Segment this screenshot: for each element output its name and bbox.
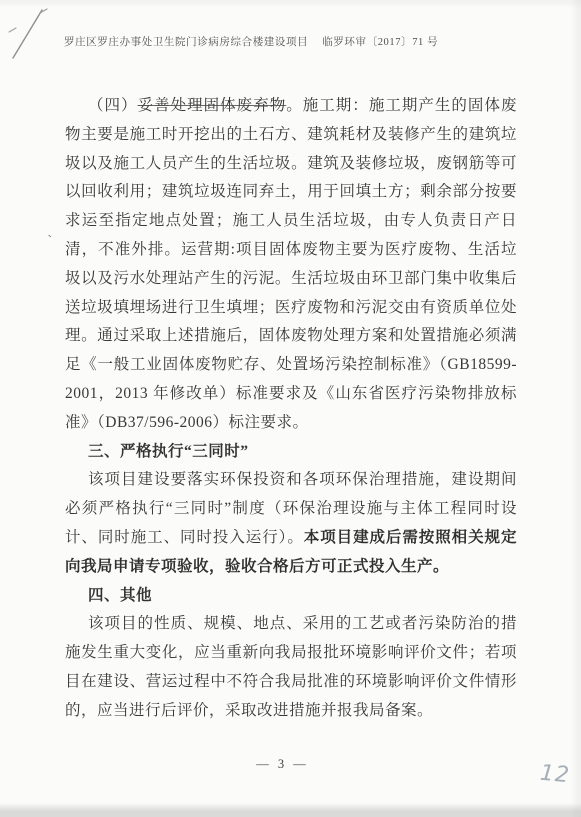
page-number: — 3 —	[0, 757, 565, 772]
body-paragraph: 该项目的性质、规模、地点、采用的工艺或者污染防治的措施发生重大变化，应当重新向我…	[65, 610, 517, 725]
scanned-document-page: 罗庄区罗庄办事处卫生院门诊病房综合楼建设项目临罗环审〔2017〕71 号 、 （…	[0, 0, 581, 817]
document-header: 罗庄区罗庄办事处卫生院门诊病房综合楼建设项目临罗环审〔2017〕71 号	[64, 34, 534, 49]
text-run-normal: 四、其他	[88, 587, 152, 604]
body-paragraph: （四）妥善处理固体废弃物。施工期：施工期产生的固体废物主要是施工时开挖出的土石方…	[65, 92, 517, 438]
header-project-title: 罗庄区罗庄办事处卫生院门诊病房综合楼建设项目	[64, 37, 308, 48]
text-run-normal: （四）	[88, 97, 138, 114]
handwritten-page-note: 12	[539, 761, 571, 789]
section-heading: 四、其他	[65, 582, 517, 611]
scan-speck-artifact: 、	[46, 223, 60, 241]
header-document-number: 临罗环审〔2017〕71 号	[322, 37, 438, 48]
text-run-normal: 三、严格执行“三同时”	[88, 443, 249, 460]
body-paragraph: 该项目建设要落实环保投资和各项环保治理措施，建设期间必须严格执行“三同时”制度（…	[65, 466, 517, 581]
text-run-normal: 该项目的性质、规模、地点、采用的工艺或者污染防治的措施发生重大变化，应当重新向我…	[65, 615, 517, 718]
document-body: （四）妥善处理固体废弃物。施工期：施工期产生的固体废物主要是施工时开挖出的土石方…	[65, 92, 517, 726]
section-heading: 三、严格执行“三同时”	[65, 438, 517, 467]
pen-stroke-artifact	[0, 0, 60, 70]
text-run-strike: 妥善处理固体废弃物	[138, 97, 287, 114]
text-run-normal: 。施工期：施工期产生的固体废物主要是施工时开挖出的土石方、建筑耗材及装修产生的建…	[65, 97, 517, 431]
